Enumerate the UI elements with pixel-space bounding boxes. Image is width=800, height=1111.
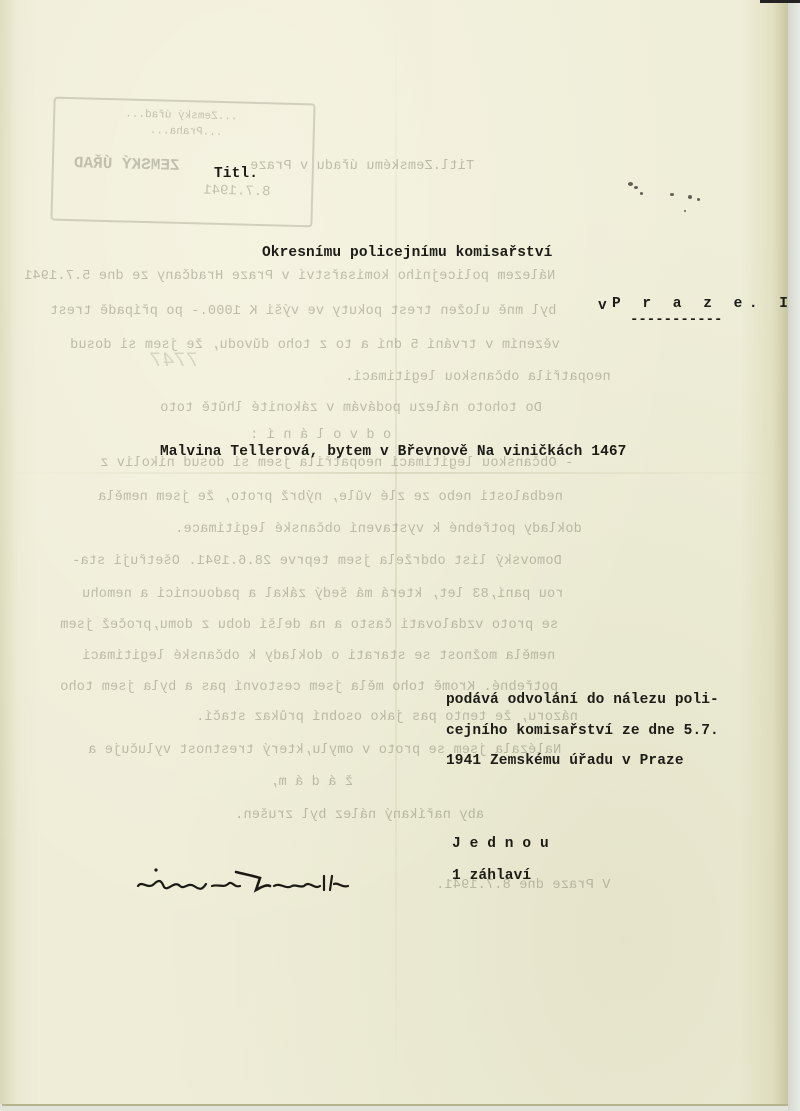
recipient-prefix: v xyxy=(598,298,607,314)
document-page: ...Zemský úřad... ...Praha... ZEMSKÝ ÚŘA… xyxy=(0,0,788,1104)
stamp-text-line: ...Praha... xyxy=(150,125,223,139)
ink-speck xyxy=(697,198,700,201)
bleed-line: Domovský list obdržela jsem teprve 28.6.… xyxy=(72,554,562,569)
body-line-1: podává odvolání do nálezu poli- xyxy=(446,692,719,708)
body-line-3: 1941 Zemskému úřadu v Praze xyxy=(446,753,684,769)
scanner-edge-top xyxy=(760,0,800,3)
bleed-header: Titl.Zemskému úřadu v Praze xyxy=(250,159,474,174)
handwritten-signature: Malvina Tellerová xyxy=(128,862,368,902)
bleed-line: nedbalosti nebo ze zlé vůle, nýbrž proto… xyxy=(98,490,563,505)
recipient-city: P r a z e. IV. xyxy=(612,296,788,312)
paper-fold-horizontal xyxy=(0,472,788,474)
bleed-line: Nálezem policejního komisařství v Praze … xyxy=(24,269,555,284)
bleed-line: rou paní,83 let, která má šedý zákal a p… xyxy=(82,587,563,602)
bleed-handwritten-mark: 7747 xyxy=(150,350,199,373)
bleed-line: vězením v trvání 5 dní a to z toho důvod… xyxy=(70,338,560,353)
attachment-label: 1 záhlaví xyxy=(452,868,531,884)
scanner-edge xyxy=(788,0,800,1111)
bleed-line: byl mně uložen trest pokuty ve výši K 10… xyxy=(50,304,556,319)
bleed-line: neměla možnost se starati o doklady k ob… xyxy=(82,649,555,664)
bleed-line: o d v o l á n í : xyxy=(250,428,391,443)
ink-speck xyxy=(688,195,692,199)
sender-line: Malvina Tellerová, bytem v Břevnově Na v… xyxy=(160,444,626,460)
stamp-text-line: ...Zemský úřad... xyxy=(125,108,237,123)
copies-label: J e d n o u xyxy=(452,836,549,852)
bleed-line: Do tohoto nálezu podávám v zákonité lhůt… xyxy=(160,401,542,416)
bleed-line: doklady potřebné k vystavení občanské le… xyxy=(175,522,582,537)
ink-speck xyxy=(628,182,633,186)
ink-speck xyxy=(634,186,638,189)
ink-speck xyxy=(640,192,643,195)
salutation: Titl. xyxy=(214,166,258,182)
bleed-line: aby naříkaný nález byl zrušen. xyxy=(235,808,484,823)
scanned-document: ...Zemský úřad... ...Praha... ZEMSKÝ ÚŘA… xyxy=(0,0,800,1111)
bleed-line: ž á d á m, xyxy=(270,775,353,790)
recipient-office: Okresnímu policejnímu komisařství xyxy=(262,245,552,261)
body-line-2: cejního komisařství ze dne 5.7. xyxy=(446,723,719,739)
ink-speck xyxy=(684,210,686,212)
recipient-underline: ----------- xyxy=(630,312,722,328)
stamp-text-line: ZEMSKÝ ÚŘAD xyxy=(74,154,180,175)
ink-speck xyxy=(670,193,674,196)
bleed-line: se proto vzdalovati často a na delší dob… xyxy=(60,618,558,633)
stamp-date: 8.7.1941 xyxy=(203,183,271,201)
bleed-line: neopatřila občanskou legitimaci. xyxy=(345,370,611,385)
